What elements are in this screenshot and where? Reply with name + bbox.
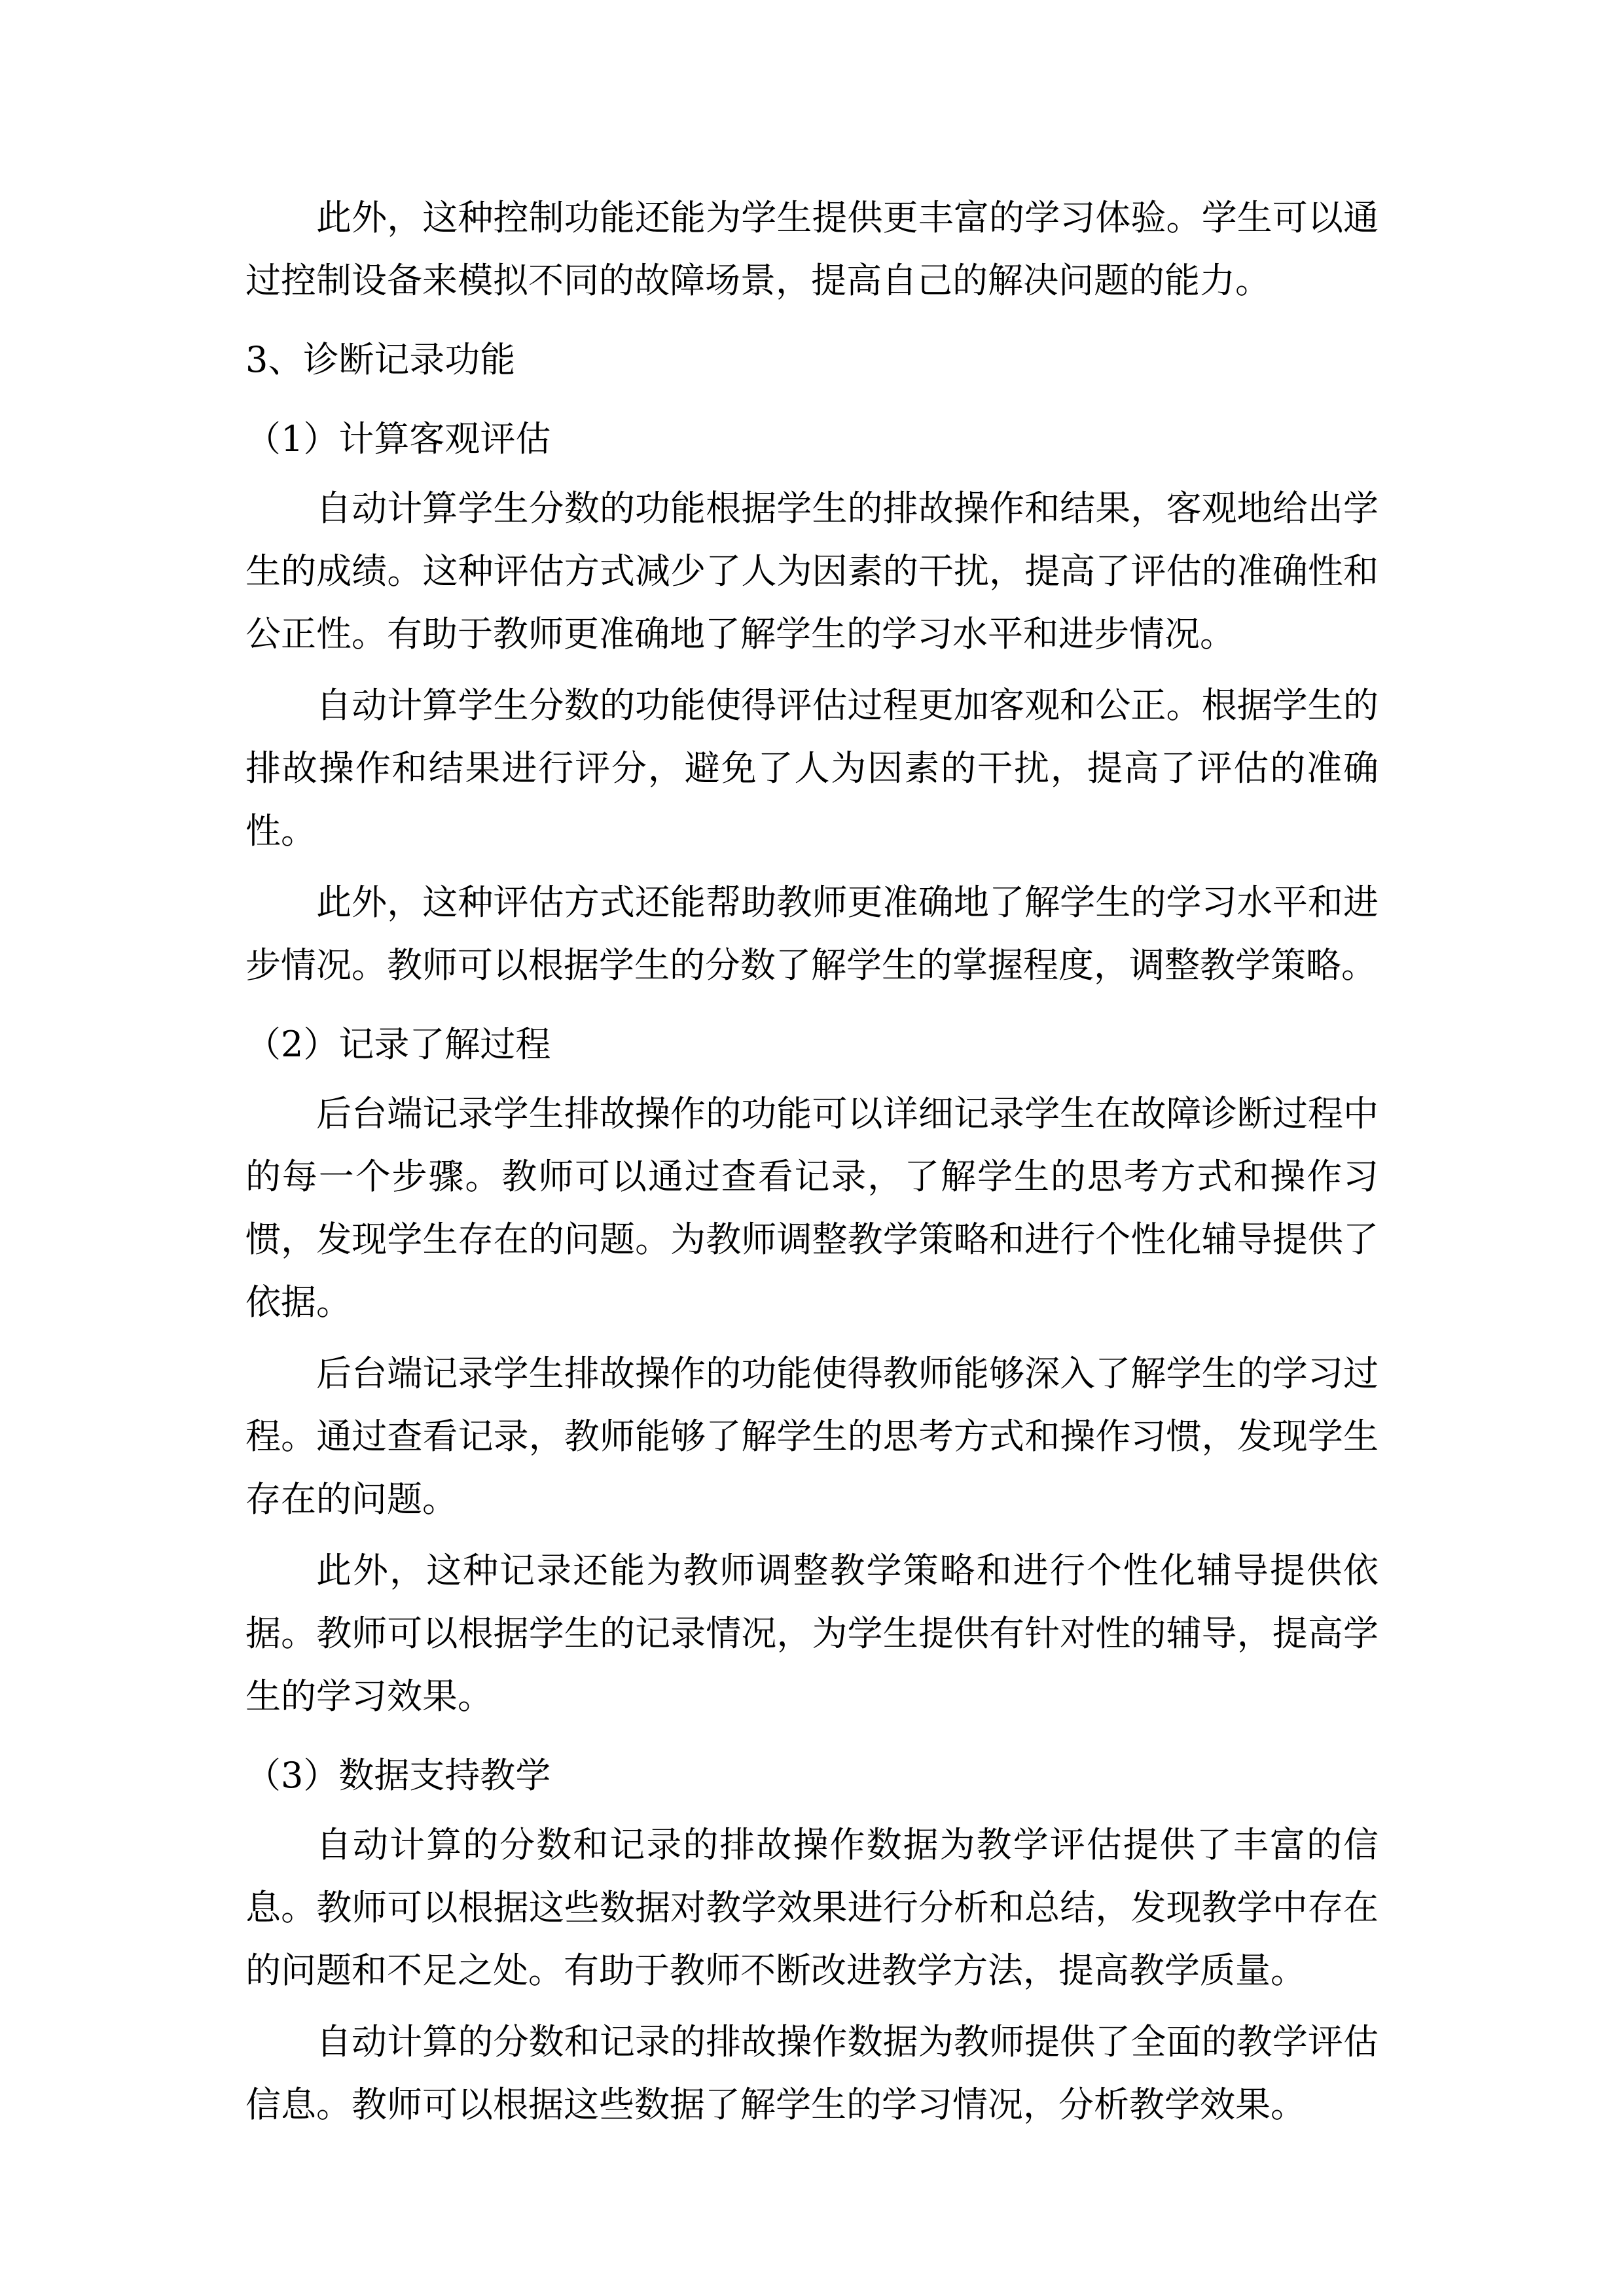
subsection-heading: （2）记录了解过程 [245,1013,1379,1076]
body-paragraph: 自动计算学生分数的功能使得评估过程更加客观和公正。根据学生的排故操作和结果进行评… [245,674,1379,863]
subsection-heading: （3）数据支持教学 [245,1744,1379,1807]
body-paragraph: 此外，这种记录还能为教师调整教学策略和进行个性化辅导提供依据。教师可以根据学生的… [245,1539,1379,1728]
body-paragraph: 此外，这种控制功能还能为学生提供更丰富的学习体验。学生可以通过控制设备来模拟不同… [245,187,1379,312]
body-paragraph: 自动计算的分数和记录的排故操作数据为教师提供了全面的教学评估信息。教师可以根据这… [245,2011,1379,2136]
body-paragraph: 后台端记录学生排故操作的功能使得教师能够深入了解学生的学习过程。通过查看记录，教… [245,1342,1379,1531]
body-paragraph: 后台端记录学生排故操作的功能可以详细记录学生在故障诊断过程中的每一个步骤。教师可… [245,1083,1379,1334]
body-paragraph: 自动计算学生分数的功能根据学生的排故操作和结果，客观地给出学生的成绩。这种评估方… [245,477,1379,666]
body-paragraph: 此外，这种评估方式还能帮助教师更准确地了解学生的学习水平和进步情况。教师可以根据… [245,871,1379,997]
body-paragraph: 自动计算的分数和记录的排故操作数据为教学评估提供了丰富的信息。教师可以根据这些数… [245,1814,1379,2002]
subsection-heading: （1）计算客观评估 [245,408,1379,471]
document-page: 此外，这种控制功能还能为学生提供更丰富的学习体验。学生可以通过控制设备来模拟不同… [0,0,1624,2296]
section-heading: 3、诊断记录功能 [245,329,1379,391]
